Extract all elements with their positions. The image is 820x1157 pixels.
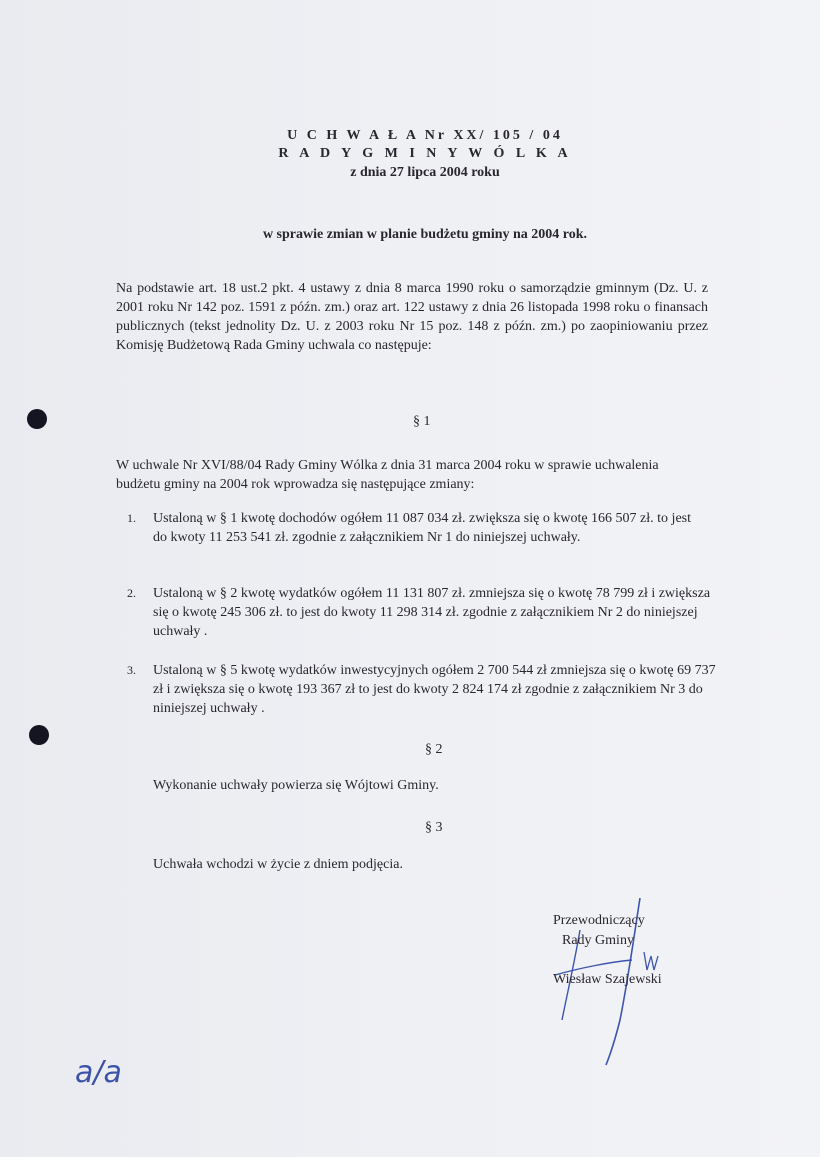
list-item-text: Ustaloną w § 5 kwotę wydatków inwestycyj… [153,663,716,716]
list-item: 2. Ustaloną w § 2 kwotę wydatków ogółem … [153,584,713,641]
section-1-intro: W uchwale Nr XVI/88/04 Rady Gminy Wólka … [116,456,702,494]
punch-hole [27,409,47,429]
signature-role: Przewodniczący [553,913,645,929]
list-item-text: Ustaloną w § 1 kwotę dochodów ogółem 11 … [153,511,691,545]
signature-name: Wiesław Szajewski [553,972,662,988]
list-item-number: 1. [127,509,136,528]
list-item: 1. Ustaloną w § 1 kwotę dochodów ogółem … [153,509,701,547]
punch-hole [29,725,49,745]
list-item: 3. Ustaloną w § 5 kwotę wydatków inwesty… [153,661,718,718]
preamble: Na podstawie art. 18 ust.2 pkt. 4 ustawy… [116,279,708,355]
resolution-number: U C H W A Ł A Nr XX/ 105 / 04 [0,128,820,144]
section-1-heading: § 1 [413,414,431,430]
council-name: R A D Y G M I N Y W Ó L K A [0,146,820,162]
section-3-heading: § 3 [425,820,443,836]
resolution-date: z dnia 27 lipca 2004 roku [0,165,820,181]
section-2-text: Wykonanie uchwały powierza się Wójtowi G… [153,778,439,794]
list-item-number: 2. [127,584,136,603]
resolution-subject: w sprawie zmian w planie budżetu gminy n… [0,227,820,243]
list-item-text: Ustaloną w § 2 kwotę wydatków ogółem 11 … [153,586,710,639]
section-2-heading: § 2 [425,742,443,758]
handwritten-note: a/a [75,1055,122,1090]
list-item-number: 3. [127,661,136,680]
signature-body: Rady Gminy [562,933,634,949]
section-3-text: Uchwała wchodzi w życie z dniem podjęcia… [153,857,403,873]
document-page: U C H W A Ł A Nr XX/ 105 / 04 R A D Y G … [0,0,820,1157]
